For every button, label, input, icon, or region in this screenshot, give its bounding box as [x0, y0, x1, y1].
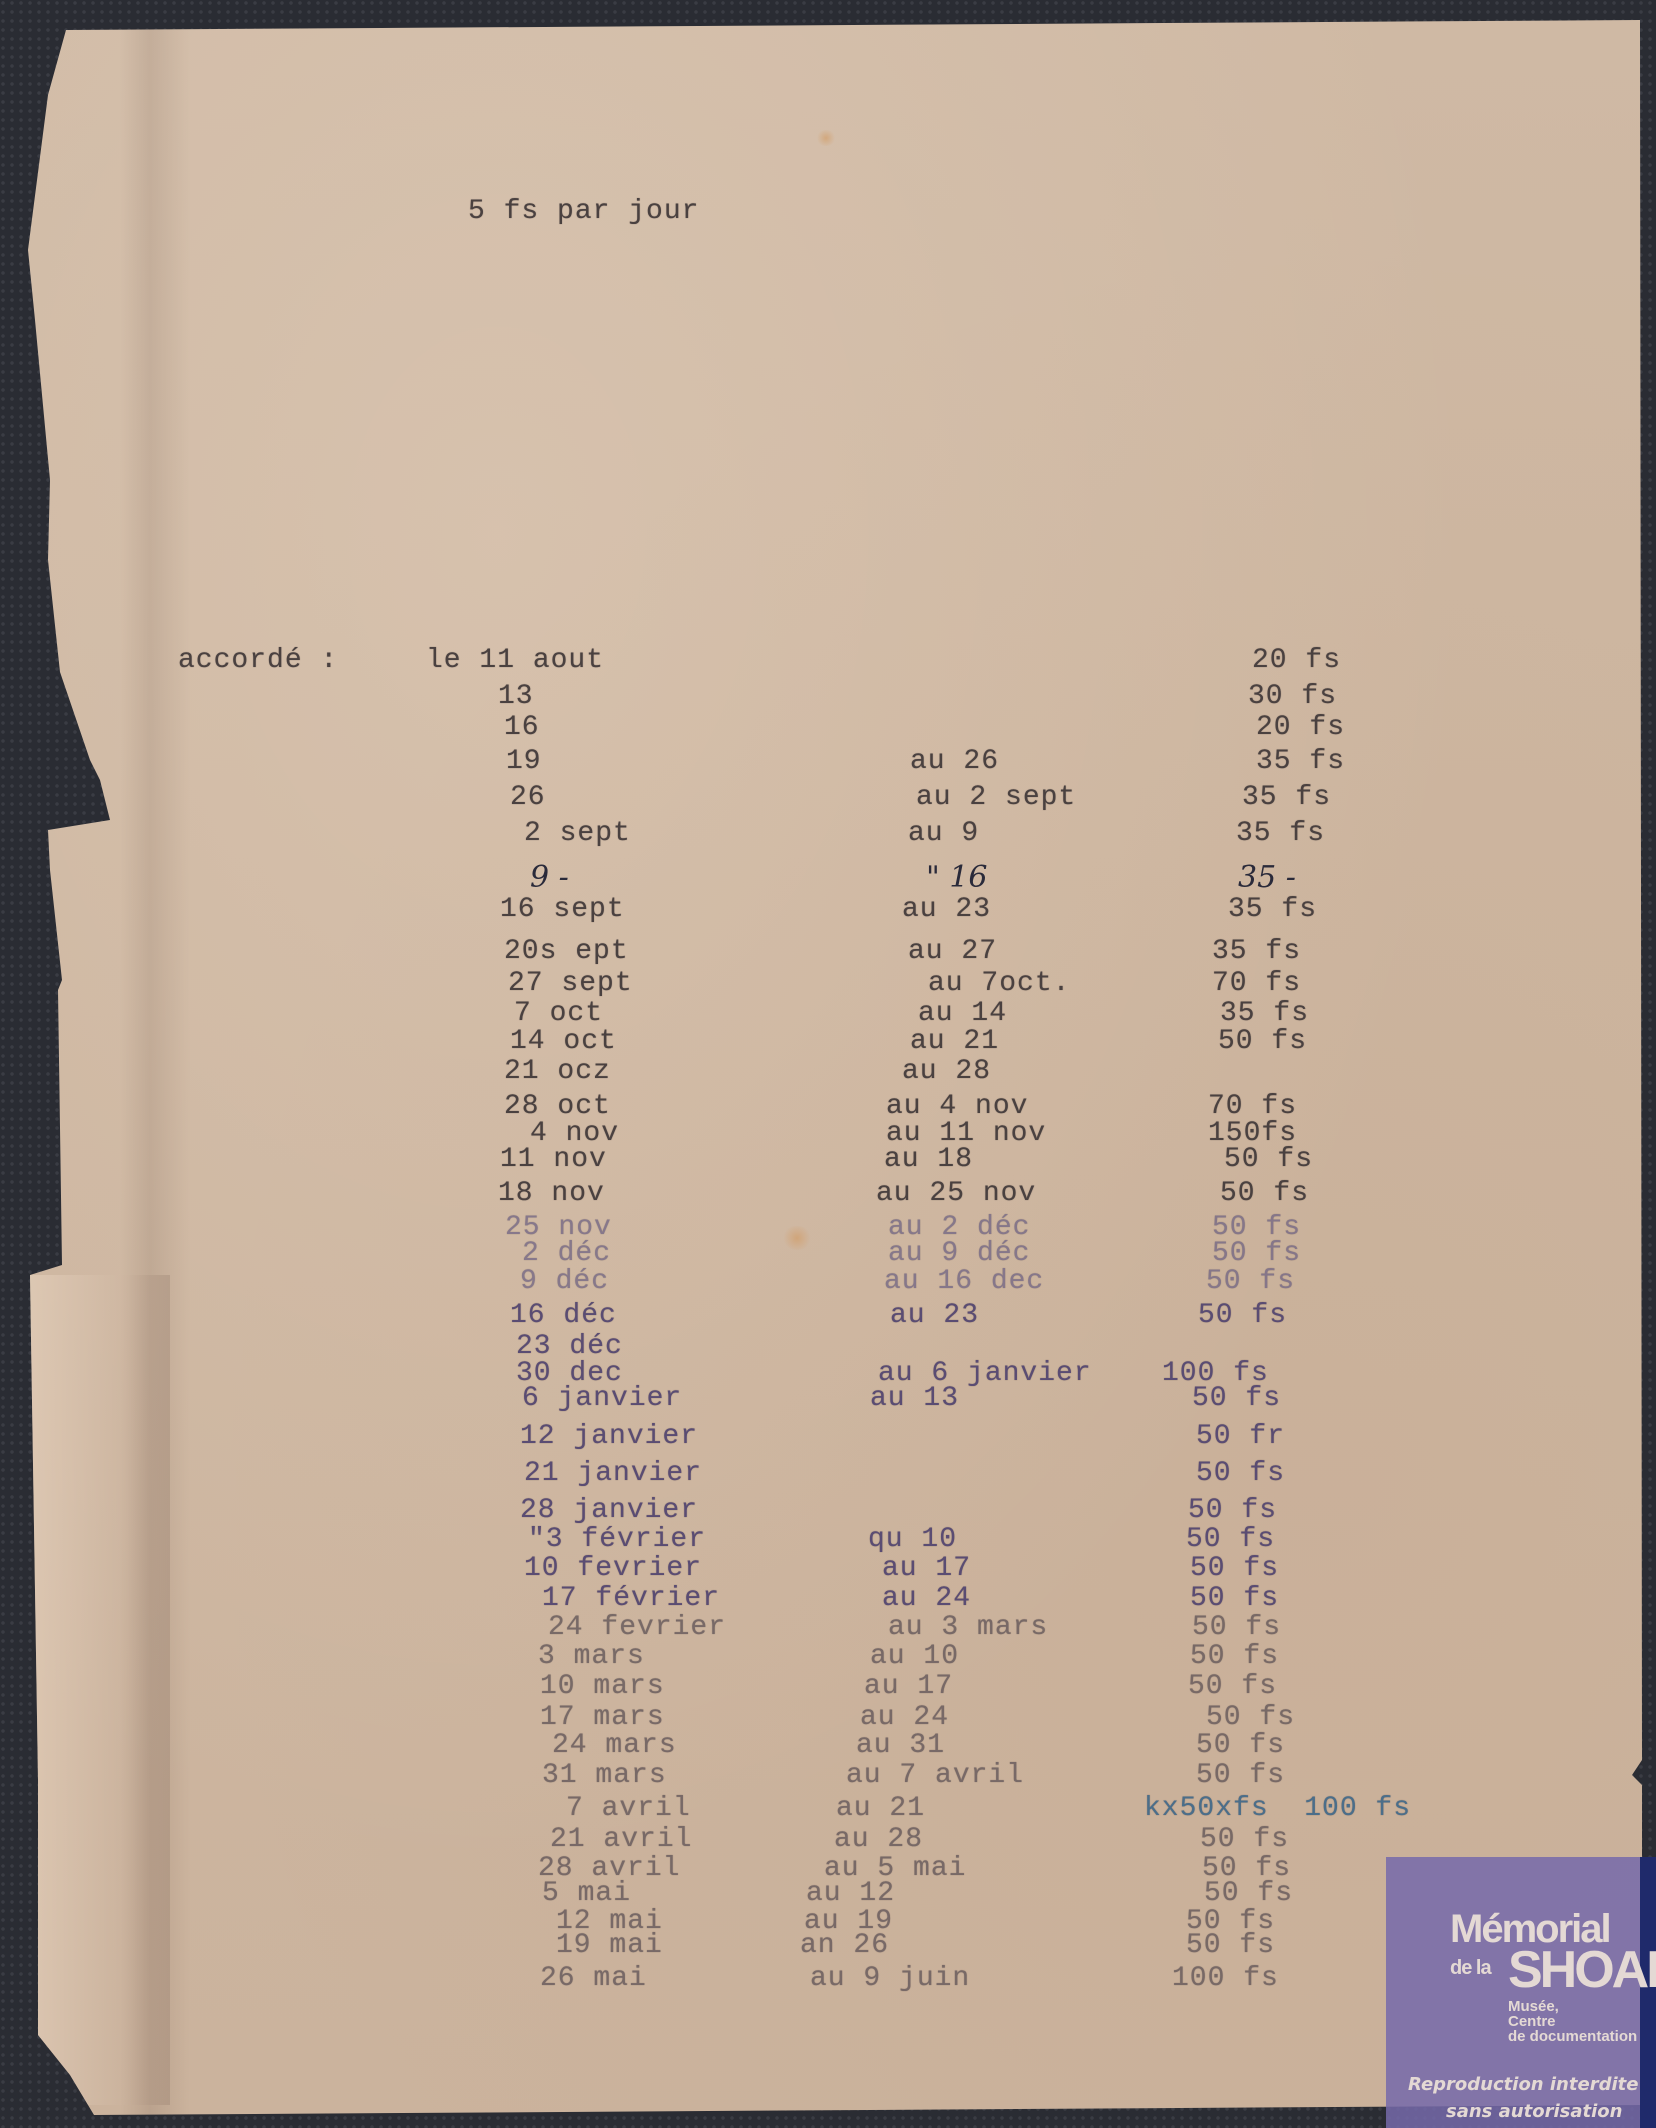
row-from-date: 16	[504, 714, 540, 742]
row-to-date: au 26	[910, 748, 999, 776]
row-amount: 100 fs	[1172, 1965, 1279, 1993]
row-amount: 50 fs	[1212, 1240, 1301, 1268]
row-amount: 50 fs	[1186, 1932, 1275, 1960]
row-amount: 50 fs	[1192, 1614, 1281, 1642]
row-to-date: qu 10	[868, 1526, 957, 1554]
row-from-date: 19 mai	[556, 1932, 663, 1960]
stain	[816, 130, 836, 146]
row-from-date: 12 janvier	[520, 1423, 698, 1451]
row-amount: 35 fs	[1242, 784, 1331, 812]
row-from-date: 26 mai	[540, 1965, 647, 1993]
row-from-date: 7 oct	[514, 1000, 603, 1028]
row-from-date: 21 janvier	[524, 1460, 702, 1488]
row-from-date: 2 déc	[522, 1240, 611, 1268]
watermark-subtitle: Musée, Centre de documentation	[1508, 1999, 1637, 2044]
row-amount: 20 fs	[1252, 647, 1341, 675]
row-to-date: an 26	[800, 1932, 889, 1960]
row-to-date: au 24	[860, 1704, 949, 1732]
row-from-date: 6 janvier	[522, 1385, 682, 1413]
row-amount: 35 fs	[1256, 748, 1345, 776]
row-amount: kx50xfs 100 fs	[1144, 1795, 1411, 1823]
row-from-date: 28 janvier	[520, 1497, 698, 1525]
row-to-date: au 12	[806, 1880, 895, 1908]
row-to-date: au 7oct.	[928, 970, 1070, 998]
row-from-date: 27 sept	[508, 970, 633, 998]
row-from-date: 24 mars	[552, 1732, 677, 1760]
watermark-notice-line2: sans autorisation	[1446, 2101, 1622, 2122]
stain	[782, 1226, 812, 1250]
row-to-date: au 9	[908, 820, 979, 848]
row-from-date: 19	[506, 748, 542, 776]
watermark-shoah: SHOAH	[1508, 1945, 1656, 1995]
row-amount: 50 fs	[1200, 1826, 1289, 1854]
row-to-date: au 9 déc	[888, 1240, 1030, 1268]
row-amount: 20 fs	[1256, 714, 1345, 742]
accorde-label: accordé :	[178, 647, 338, 675]
row-to-date: au 17	[864, 1673, 953, 1701]
row-from-date: 26	[510, 784, 546, 812]
row-from-date: 28 oct	[504, 1093, 611, 1121]
header-line: 5 fs par jour	[468, 198, 699, 226]
row-from-date: 13	[498, 683, 534, 711]
row-from-date: 31 mars	[542, 1762, 667, 1790]
watermark-subtitle-line: Musée,	[1508, 1999, 1637, 2014]
row-from-date: 7 avril	[566, 1795, 691, 1823]
row-to-date: au 28	[902, 1058, 991, 1086]
row-from-date: 11 nov	[500, 1146, 607, 1174]
row-to-date: au 25 nov	[876, 1180, 1036, 1208]
row-amount: 50 fr	[1196, 1423, 1285, 1451]
row-amount: 50 fs	[1188, 1497, 1277, 1525]
row-from-date: 20s ept	[504, 938, 629, 966]
row-amount: 50 fs	[1206, 1704, 1295, 1732]
row-amount: 50 fs	[1190, 1555, 1279, 1583]
row-to-date: au 24	[882, 1585, 971, 1613]
row-from-date: 10 mars	[540, 1673, 665, 1701]
row-amount: 35 fs	[1236, 820, 1325, 848]
row-from-date: 3 mars	[538, 1643, 645, 1671]
row-amount: 50 fs	[1196, 1460, 1285, 1488]
row-from-date: 21 ocz	[504, 1058, 611, 1086]
row-amount: 50 fs	[1192, 1385, 1281, 1413]
row-from-date: 18 nov	[498, 1180, 605, 1208]
watermark-de-la: de la	[1450, 1957, 1491, 1980]
row-from-date: 10 fevrier	[524, 1555, 702, 1583]
row-to-date: au 23	[890, 1302, 979, 1330]
row-from-date: 17 février	[542, 1585, 720, 1613]
row-amount: 50 fs	[1204, 1880, 1293, 1908]
row-amount: 50 fs	[1186, 1526, 1275, 1554]
row-from-date: 21 avril	[550, 1826, 692, 1854]
row-amount: 50 fs	[1206, 1268, 1295, 1296]
row-amount: 70 fs	[1208, 1093, 1297, 1121]
paper-fold	[30, 1275, 170, 2105]
row-from-date: 23 déc	[516, 1333, 623, 1361]
watermark-subtitle-line: de documentation	[1508, 2029, 1637, 2044]
row-to-date: " 16	[926, 860, 988, 895]
row-to-date: au 3 mars	[888, 1614, 1048, 1642]
row-amount: 30 fs	[1248, 683, 1337, 711]
row-from-date: 9 -	[530, 860, 569, 895]
row-to-date: au 28	[834, 1826, 923, 1854]
row-amount: 50 fs	[1196, 1762, 1285, 1790]
row-to-date: au 17	[882, 1555, 971, 1583]
row-amount: 50 fs	[1190, 1585, 1279, 1613]
row-from-date: 2 sept	[524, 820, 631, 848]
row-from-date: le 11 aout	[426, 647, 604, 675]
row-to-date: au 21	[836, 1795, 925, 1823]
watermark-subtitle-line: Centre	[1508, 2014, 1637, 2029]
row-to-date: au 31	[856, 1732, 945, 1760]
row-amount: 35 fs	[1228, 896, 1317, 924]
watermark-notice-line1: Reproduction interdite	[1408, 2074, 1638, 2095]
row-to-date: au 16 dec	[884, 1268, 1044, 1296]
row-from-date: 16 déc	[510, 1302, 617, 1330]
row-from-date: 17 mars	[540, 1704, 665, 1732]
row-from-date: "3 février	[528, 1526, 706, 1554]
document-page: 5 fs par jour accordé : le 11 aout20 fs1…	[0, 0, 1656, 2128]
row-to-date: au 18	[884, 1146, 973, 1174]
row-amount: 50 fs	[1190, 1643, 1279, 1671]
memorial-shoah-watermark: Mémorial de la SHOAH Musée, Centre de do…	[1386, 1857, 1656, 2128]
row-amount: 35 fs	[1212, 938, 1301, 966]
row-from-date: 5 mai	[542, 1880, 631, 1908]
row-to-date: au 4 nov	[886, 1093, 1028, 1121]
row-amount: 35 -	[1238, 860, 1296, 895]
row-to-date: au 9 juin	[810, 1965, 970, 1993]
row-to-date: au 10	[870, 1643, 959, 1671]
row-amount: 50 fs	[1198, 1302, 1287, 1330]
row-from-date: 24 fevrier	[548, 1614, 726, 1642]
row-amount: 50 fs	[1196, 1732, 1285, 1760]
row-from-date: 16 sept	[500, 896, 625, 924]
row-amount: 50 fs	[1220, 1180, 1309, 1208]
row-amount: 50 fs	[1224, 1146, 1313, 1174]
row-amount: 50 fs	[1188, 1673, 1277, 1701]
row-amount: 35 fs	[1220, 1000, 1309, 1028]
row-to-date: au 23	[902, 896, 991, 924]
row-to-date: au 7 avril	[846, 1762, 1024, 1790]
row-from-date: 9 déc	[520, 1268, 609, 1296]
row-amount: 70 fs	[1212, 970, 1301, 998]
row-to-date: au 21	[910, 1028, 999, 1056]
row-to-date: au 27	[908, 938, 997, 966]
row-to-date: au 13	[870, 1385, 959, 1413]
row-to-date: au 14	[918, 1000, 1007, 1028]
row-amount: 50 fs	[1218, 1028, 1307, 1056]
row-to-date: au 2 sept	[916, 784, 1076, 812]
row-from-date: 14 oct	[510, 1028, 617, 1056]
